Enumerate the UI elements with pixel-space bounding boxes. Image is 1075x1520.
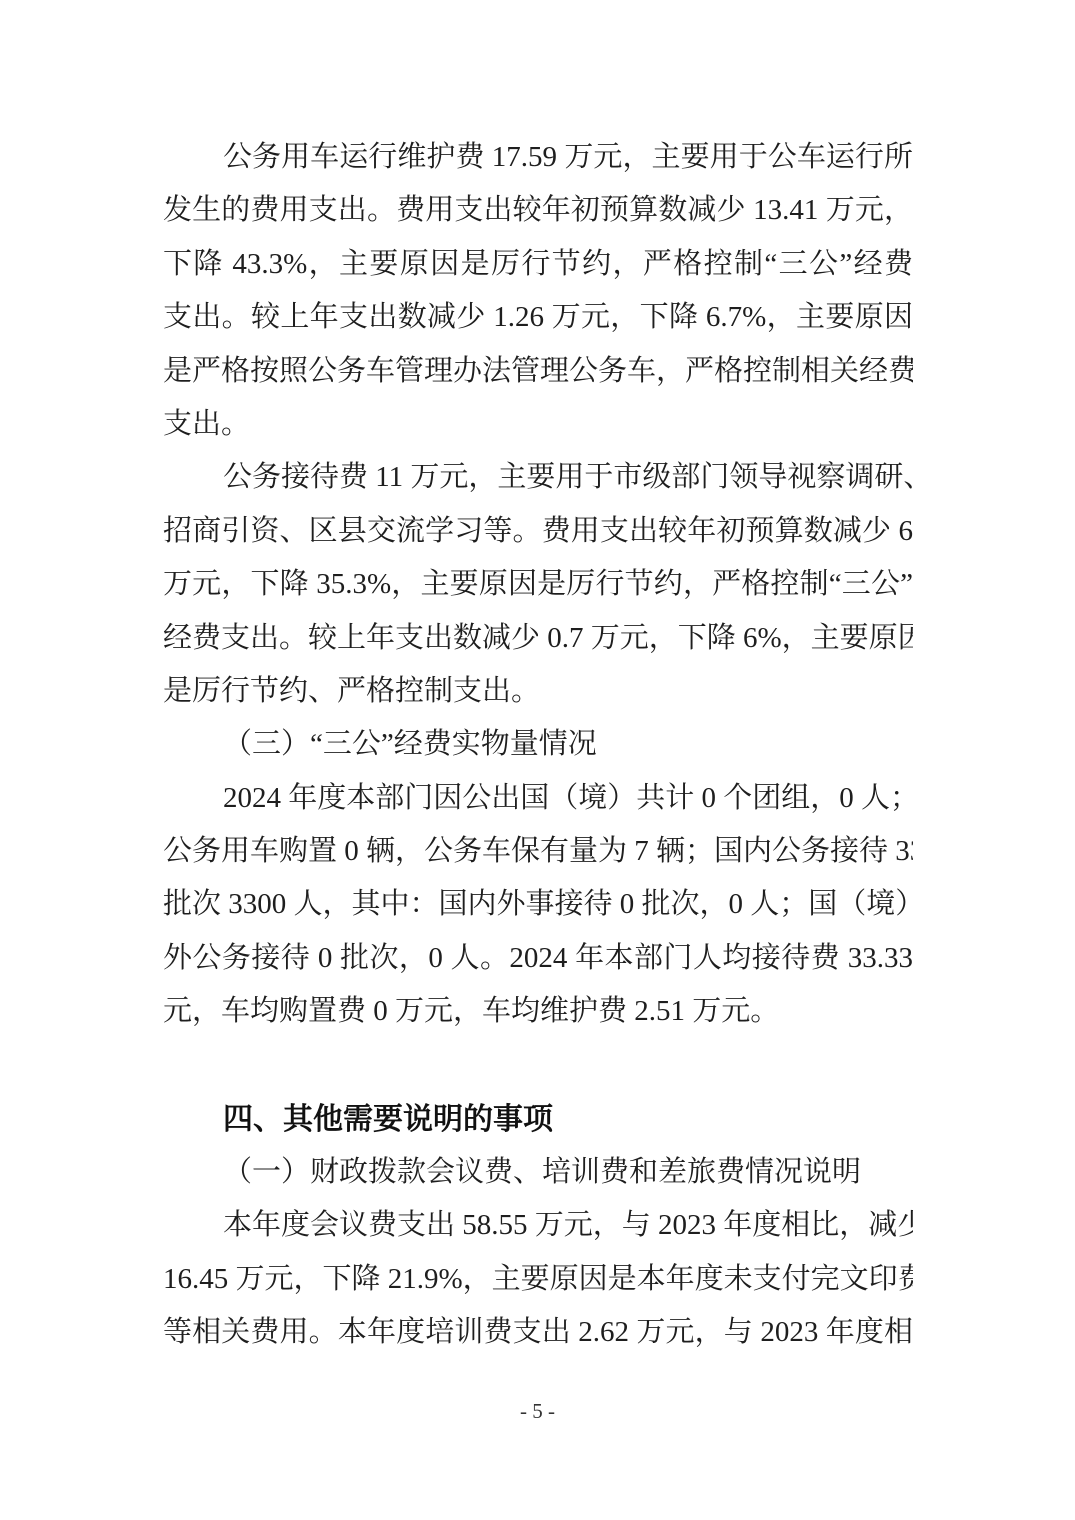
section-heading-four: 四、其他需要说明的事项 [163,1093,913,1146]
text-line: 批次 3300 人，其中：国内外事接待 0 批次，0 人；国（境） [163,878,913,931]
text-line: 等相关费用。本年度培训费支出 2.62 万元，与 2023 年度相 [163,1306,913,1359]
text-line: 公务接待费 11 万元，主要用于市级部门领导视察调研、 [163,451,913,504]
text-line: 万元，下降 35.3%，主要原因是厉行节约，严格控制“三公” [163,558,913,611]
text-line: 2024 年度本部门因公出国（境）共计 0 个团组，0 人； [163,772,913,825]
text-line: 招商引资、区县交流学习等。费用支出较年初预算数减少 6 [163,505,913,558]
text-line: 公务用车运行维护费 17.59 万元，主要用于公车运行所 [163,131,913,184]
text-line: 16.45 万元，下降 21.9%，主要原因是本年度未支付完文印费 [163,1253,913,1306]
text-line: 支出。 [163,398,913,451]
paragraph-meeting-training-travel: 本年度会议费支出 58.55 万元，与 2023 年度相比，减少 16.45 万… [163,1199,913,1359]
text-line: 经费支出。较上年支出数减少 0.7 万元，下降 6%，主要原因 [163,612,913,665]
section-heading-three: （三）“三公”经费实物量情况 [163,718,913,771]
text-line: 支出。较上年支出数减少 1.26 万元，下降 6.7%，主要原因 [163,291,913,344]
text-line: 下降 43.3%，主要原因是厉行节约，严格控制“三公”经费 [163,238,913,291]
text-line: 是严格按照公务车管理办法管理公务车，严格控制相关经费 [163,345,913,398]
document-page: 公务用车运行维护费 17.59 万元，主要用于公车运行所 发生的费用支出。费用支… [0,0,1075,1520]
text-line: 本年度会议费支出 58.55 万元，与 2023 年度相比，减少 [163,1199,913,1252]
text-block: 公务用车运行维护费 17.59 万元，主要用于公车运行所 发生的费用支出。费用支… [163,131,913,1360]
text-line: 公务用车购置 0 辆，公务车保有量为 7 辆；国内公务接待 330 [163,825,913,878]
paragraph-official-reception: 公务接待费 11 万元，主要用于市级部门领导视察调研、 招商引资、区县交流学习等… [163,451,913,718]
text-line: 发生的费用支出。费用支出较年初预算数减少 13.41 万元， [163,184,913,237]
page-number: - 5 - [0,1396,1075,1426]
blank-line [163,1039,913,1093]
text-line: 外公务接待 0 批次，0 人。2024 年本部门人均接待费 33.33 [163,932,913,985]
section-heading-four-sub1: （一）财政拨款会议费、培训费和差旅费情况说明 [163,1146,913,1199]
text-line: 元，车均购置费 0 万元，车均维护费 2.51 万元。 [163,985,913,1038]
text-line: 是厉行节约、严格控制支出。 [163,665,913,718]
paragraph-vehicle-maintenance: 公务用车运行维护费 17.59 万元，主要用于公车运行所 发生的费用支出。费用支… [163,131,913,451]
paragraph-physical-quantities: 2024 年度本部门因公出国（境）共计 0 个团组，0 人； 公务用车购置 0 … [163,772,913,1039]
